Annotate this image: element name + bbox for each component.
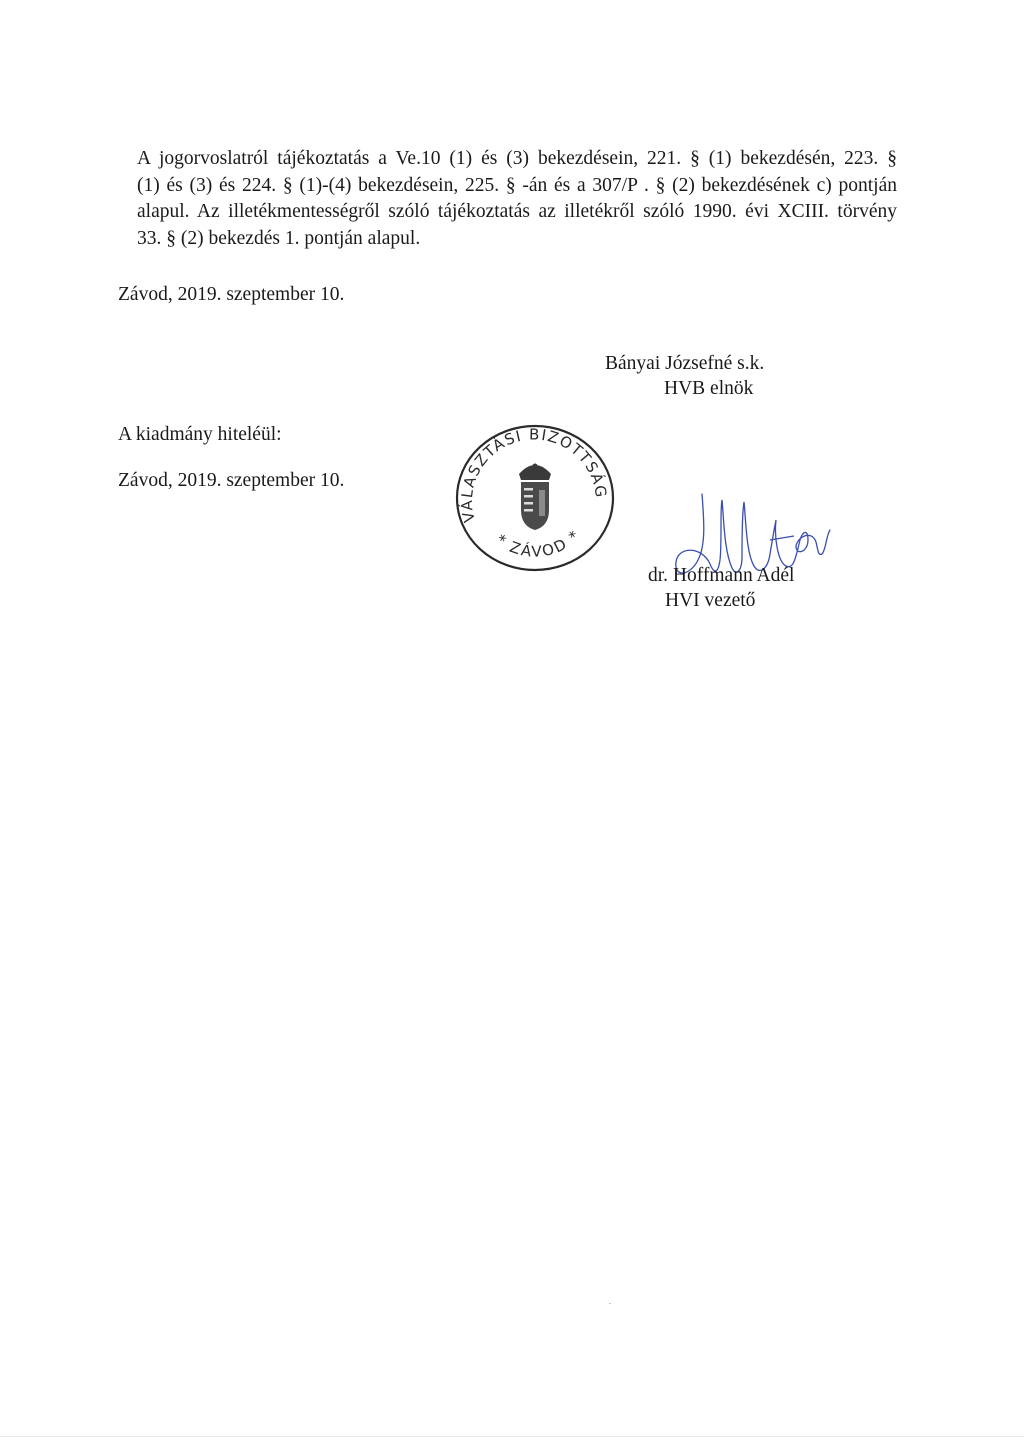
coat-of-arms-icon (519, 464, 551, 531)
paragraph-line: (1) és (3) és 224. § (1)-(4) bekezdésein… (137, 173, 897, 200)
place-date: Závod, 2019. szeptember 10. (118, 283, 344, 307)
page-bottom-edge (0, 1436, 1024, 1437)
stamp-text-bottom: * ZÁVOD * (493, 526, 585, 561)
paragraph-line: 33. § (2) bekezdés 1. pontján alapul. (137, 226, 897, 253)
official-stamp-icon: VÁLASZTÁSI BIZOTTSÁG * ZÁVOD * (449, 418, 619, 578)
certification-date: Závod, 2019. szeptember 10. (118, 469, 344, 493)
legal-remedy-paragraph: A jogorvoslatról tájékoztatás a Ve.10 (1… (137, 146, 897, 252)
signer-name: Bányai Józsefné s.k. (605, 352, 764, 376)
certification-label: A kiadmány hiteléül: (118, 423, 282, 447)
signer-title: HVB elnök (664, 377, 753, 401)
paragraph-line: A jogorvoslatról tájékoztatás a Ve.10 (1… (137, 146, 897, 173)
svg-text:* ZÁVOD *: * ZÁVOD * (493, 526, 585, 561)
scan-speck (609, 1303, 611, 1304)
paragraph-line: alapul. Az illetékmentességről szóló táj… (137, 199, 897, 226)
signer-title: HVI vezető (665, 589, 755, 613)
signer-name: dr. Hoffmann Adél (648, 564, 794, 588)
